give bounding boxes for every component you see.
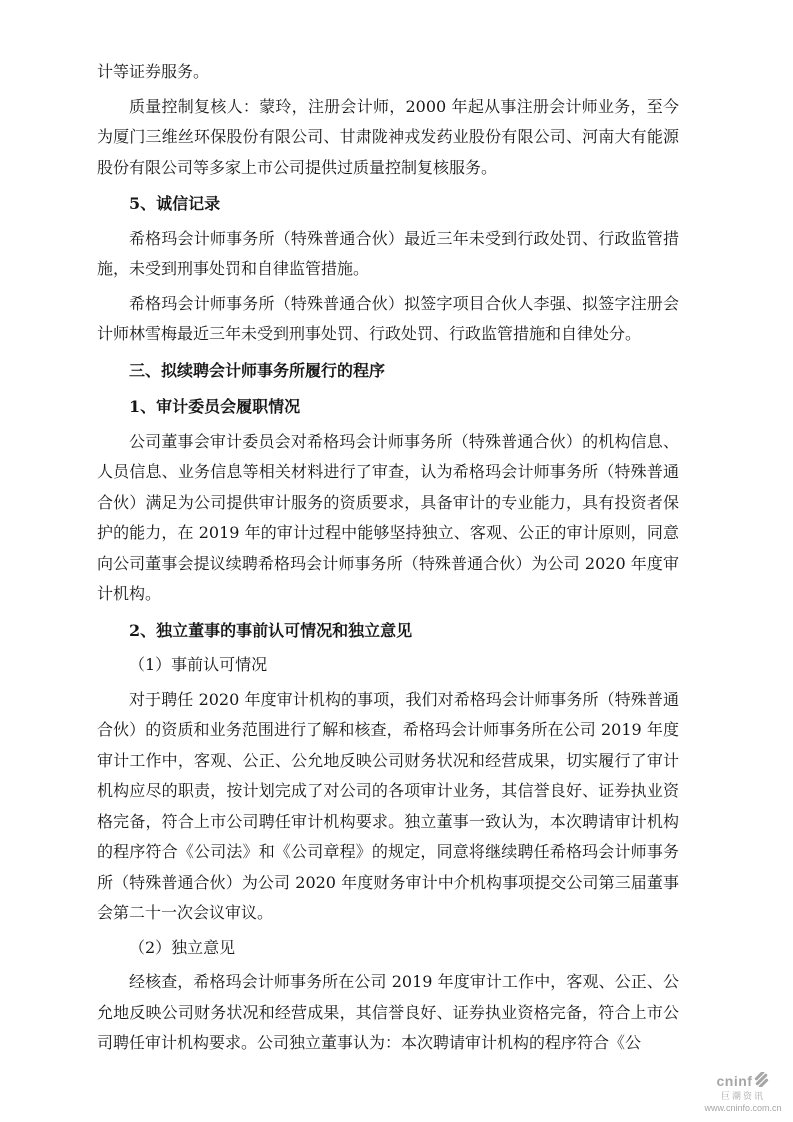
subheading-independent-opinion: （2）独立意见 [97,933,679,964]
cninfo-logo-row: cninf [697,1072,789,1090]
heading-independent-directors: 2、独立董事的事前认可情况和独立意见 [97,616,679,647]
paragraph-audit-committee-review: 公司董事会审计委员会对希格玛会计师事务所（特殊普通合伙）的机构信息、人员信息、业… [97,427,679,610]
cninfo-url: www.cninfo.com.cn [697,1103,789,1113]
document-page: 计等证券服务。 质量控制复核人：蒙玲，注册会计师，2000 年起从事注册会计师业… [0,0,793,1122]
cninfo-brand-cn: 巨潮资讯 [697,1091,789,1101]
paragraph-continuation: 计等证券服务。 [97,57,679,88]
paragraph-independent-opinion: 经核查，希格玛会计师事务所在公司 2019 年度审计工作中，客观、公正、公允地反… [97,967,679,1059]
heading-audit-committee: 1、审计委员会履职情况 [97,392,679,423]
cninfo-logo-text: cninf [717,1073,753,1089]
cninfo-swirl-icon [754,1072,769,1090]
paragraph-firm-record: 希格玛会计师事务所（特殊普通合伙）最近三年未受到行政处罚、行政监管措施，未受到刑… [97,224,679,285]
paragraph-quality-reviewer: 质量控制复核人：蒙玲，注册会计师，2000 年起从事注册会计师业务，至今为厦门三… [97,92,679,184]
cninfo-watermark: cninf 巨潮资讯 www.cninfo.com.cn [697,1072,789,1113]
subheading-prior-approval: （1）事前认可情况 [97,650,679,681]
paragraph-prior-approval: 对于聘任 2020 年度审计机构的事项，我们对希格玛会计师事务所（特殊普通合伙）… [97,685,679,929]
document-body: 计等证券服务。 质量控制复核人：蒙玲，注册会计师，2000 年起从事注册会计师业… [97,57,679,1059]
heading-section-three: 三、拟续聘会计师事务所履行的程序 [97,356,679,387]
paragraph-signers-record: 希格玛会计师事务所（特殊普通合伙）拟签字项目合伙人李强、拟签字注册会计师林雪梅最… [97,289,679,350]
heading-integrity-record: 5、诚信记录 [97,189,679,220]
